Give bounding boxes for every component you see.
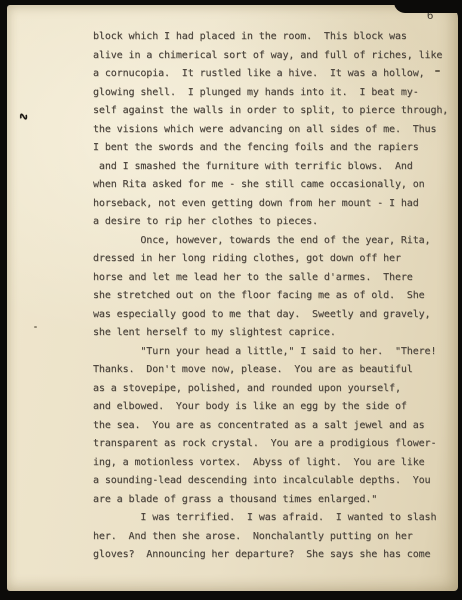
typewritten-text: block which I had placed in the room. Th… — [93, 28, 448, 565]
ink-speck-icon — [34, 326, 37, 328]
page-corner-notch — [394, 0, 462, 13]
stray-mark-icon — [435, 70, 440, 72]
manuscript-page: 6 block which I had placed in the room. … — [7, 5, 458, 591]
ink-blot-icon: ∿ — [17, 108, 30, 124]
